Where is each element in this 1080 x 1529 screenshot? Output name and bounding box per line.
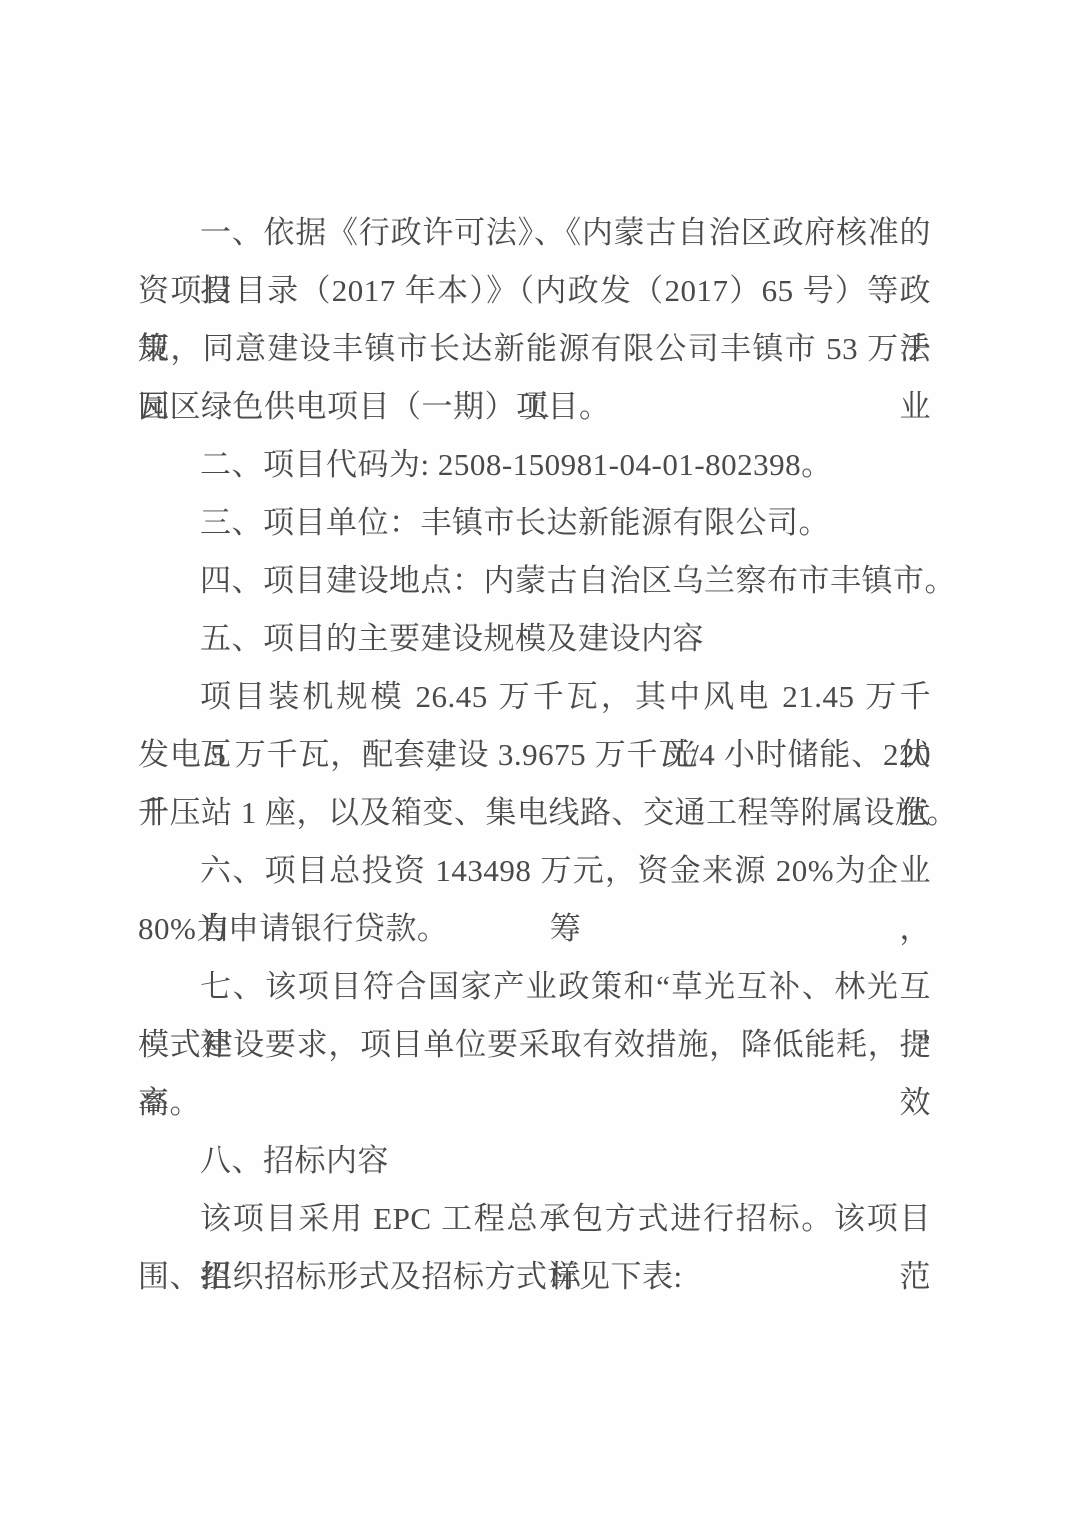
text-line: 五、项目的主要建设规模及建设内容 — [138, 610, 931, 668]
text-line: 发电 5 万千瓦，配套建设 3.9675 万千瓦/4 小时储能、220 千伏 — [138, 726, 931, 784]
text-line: 模式建设要求，项目单位要采取有效措施，降低能耗，提高效 — [138, 1016, 931, 1074]
text-line: 一、依据《行政许可法》、《内蒙古自治区政府核准的投 — [138, 204, 931, 262]
text-line: 规，同意建设丰镇市长达新能源有限公司丰镇市 53 万千瓦工业 — [138, 320, 931, 378]
text-line: 八、招标内容 — [138, 1132, 931, 1190]
text-line: 升压站 1 座，以及箱变、集电线路、交通工程等附属设施。 — [138, 784, 931, 842]
text-line: 该项目采用 EPC 工程总承包方式进行招标。该项目招标范 — [138, 1190, 931, 1248]
text-line: 四、项目建设地点：内蒙古自治区乌兰察布市丰镇市。 — [138, 552, 931, 610]
text-line: 六、项目总投资 143498 万元，资金来源 20%为企业自筹， — [138, 842, 931, 900]
text-line: 三、项目单位：丰镇市长达新能源有限公司。 — [138, 494, 931, 552]
text-line: 资项目目录（2017 年本）》（内政发（2017）65 号）等政策法 — [138, 262, 931, 320]
text-line: 二、项目代码为: 2508-150981-04-01-802398。 — [138, 436, 931, 494]
text-line: 项目装机规模 26.45 万千瓦，其中风电 21.45 万千瓦，光伏 — [138, 668, 931, 726]
document-text-block: 一、依据《行政许可法》、《内蒙古自治区政府核准的投 资项目目录（2017 年本）… — [138, 204, 931, 1306]
text-line: 七、该项目符合国家产业政策和“草光互补、林光互补” — [138, 958, 931, 1016]
document-page: 一、依据《行政许可法》、《内蒙古自治区政府核准的投 资项目目录（2017 年本）… — [0, 0, 1080, 1529]
